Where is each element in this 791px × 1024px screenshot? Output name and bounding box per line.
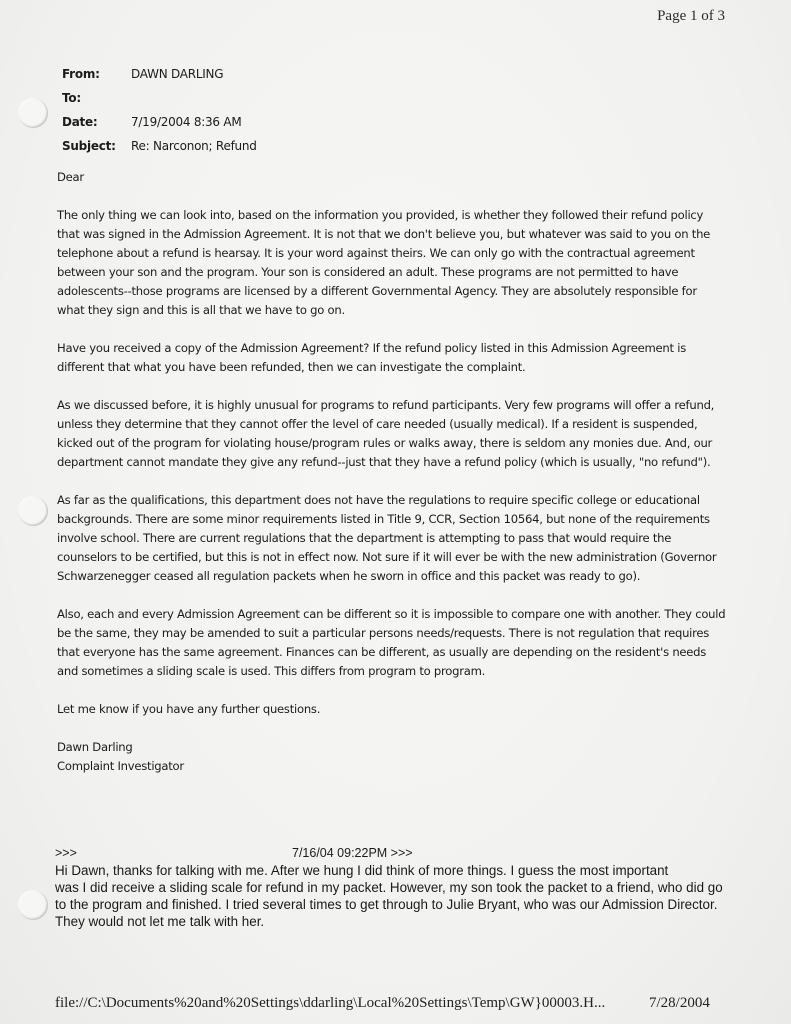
scanned-page: Page 1 of 3 From: DAWN DARLING To: Date:… xyxy=(0,0,791,1024)
paragraph: Let me know if you have any further ques… xyxy=(57,700,727,719)
header-date: Date: 7/19/2004 8:36 AM xyxy=(62,110,257,134)
header-label: Date: xyxy=(62,113,131,132)
header-value: Re: Narconon; Refund xyxy=(131,137,257,156)
quoted-message: Hi Dawn, thanks for talking with me. Aft… xyxy=(55,862,735,930)
header-from: From: DAWN DARLING xyxy=(62,62,257,86)
quote-marker: >>> xyxy=(55,846,77,860)
quoted-line: Hi Dawn, thanks for talking with me. Aft… xyxy=(55,862,735,879)
header-label: Subject: xyxy=(62,137,131,156)
signature-title: Complaint Investigator xyxy=(57,757,727,776)
paragraph: As we discussed before, it is highly unu… xyxy=(57,396,727,472)
salutation: Dear xyxy=(57,168,727,187)
paragraph: As far as the qualifications, this depar… xyxy=(57,491,727,586)
header-label: To: xyxy=(62,89,131,108)
paragraph: Have you received a copy of the Admissio… xyxy=(57,339,727,377)
header-label: From: xyxy=(62,65,131,84)
punch-hole xyxy=(18,890,48,920)
paragraph: Also, each and every Admission Agreement… xyxy=(57,605,727,681)
quoted-line: was I did receive a sliding scale for re… xyxy=(55,879,735,930)
signature-name: Dawn Darling xyxy=(57,738,727,757)
footer-date: 7/28/2004 xyxy=(649,995,710,1012)
email-body: Dear The only thing we can look into, ba… xyxy=(57,168,727,776)
paragraph: The only thing we can look into, based o… xyxy=(57,206,727,320)
signature: Dawn Darling Complaint Investigator xyxy=(57,738,727,776)
footer-file-path: file://C:\Documents%20and%20Settings\dda… xyxy=(55,995,605,1012)
quote-date: 7/16/04 09:22PM >>> xyxy=(292,846,413,860)
header-to: To: xyxy=(62,86,257,110)
header-value: 7/19/2004 8:36 AM xyxy=(131,113,241,132)
page-indicator: Page 1 of 3 xyxy=(657,8,725,25)
header-subject: Subject: Re: Narconon; Refund xyxy=(62,134,257,158)
punch-hole xyxy=(18,496,48,526)
header-value: DAWN DARLING xyxy=(131,65,223,84)
email-headers: From: DAWN DARLING To: Date: 7/19/2004 8… xyxy=(62,62,257,158)
punch-hole xyxy=(18,98,48,128)
